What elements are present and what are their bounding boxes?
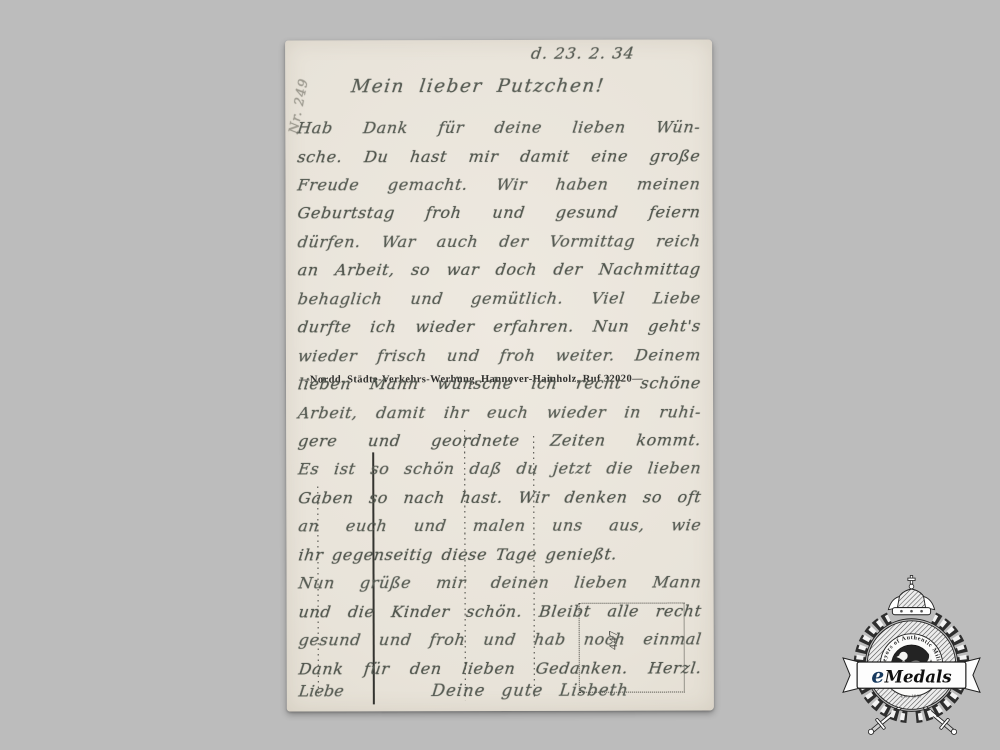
salutation-line: Mein lieber Putzchen! xyxy=(350,76,606,98)
handwriting-line: wieder frisch und froh weiter. Deinem xyxy=(296,341,702,370)
closing-word: Liebe xyxy=(298,681,345,700)
handwriting-line: Es ist so schön daß du jetzt die lieben xyxy=(297,454,703,483)
handwriting-line: Hab Dank für deine lieben Wün- xyxy=(296,113,702,142)
handwritten-date: d. 23. 2. 34 xyxy=(530,44,636,63)
handwriting-line: sche. Du hast mir damit eine große xyxy=(296,142,702,171)
handwriting-line: Freude gemacht. Wir haben meinen xyxy=(296,170,702,199)
signature: Deine gute Lisbeth xyxy=(431,681,630,701)
watermark-brand-text: eMedals xyxy=(871,664,952,688)
handwriting-line: ihr gegenseitig diese Tage genießt. xyxy=(297,540,703,569)
handwriting-line: Geburtstag froh und gesund feiern xyxy=(296,198,702,227)
handwriting-line: durfte ich wieder erfahren. Nun geht's xyxy=(296,312,702,341)
handwriting-line: Arbeit, damit ihr euch wieder in ruhi- xyxy=(296,398,702,427)
handwriting-line: Gaben so nach hast. Wir denken so oft xyxy=(297,483,703,512)
handwriting-line: an Arbeit, so war doch der Nachmittag xyxy=(296,255,702,284)
handwriting-line: Nun grüße mir deinen lieben Mann xyxy=(297,568,703,597)
closing-line: Liebe Deine gute Lisbeth xyxy=(299,680,702,700)
watermark-est-text: Est. 1997 xyxy=(900,694,922,699)
watermark-crown-icon xyxy=(888,575,934,614)
handwriting-line: gesund und froh und hab noch einmal xyxy=(297,625,703,654)
handwriting-line: an euch und malen uns aus, wie xyxy=(297,511,703,540)
handwriting-line: Dank für den lieben Gedanken. Herzl. xyxy=(297,654,703,683)
postcard: Nr. 249 d. 23. 2. 34 Mein lieber Putzche… xyxy=(285,39,714,711)
photo-background: Nr. 249 d. 23. 2. 34 Mein lieber Putzche… xyxy=(0,0,1000,750)
emedals-watermark: Purveyors of Authentic Militaria eMedals… xyxy=(837,575,988,737)
handwriting-line: behaglich und gemütlich. Viel Liebe xyxy=(296,284,702,313)
handwriting-line: dürfen. War auch der Vormittag reich xyxy=(296,227,702,256)
handwriting-line: gere und geordnete Zeiten kommt. xyxy=(296,426,702,455)
handwriting-line: und die Kinder schön. Bleibt alle recht xyxy=(297,597,703,626)
handwriting-line: lieben Mann wünsche ich recht schöne xyxy=(296,369,702,398)
